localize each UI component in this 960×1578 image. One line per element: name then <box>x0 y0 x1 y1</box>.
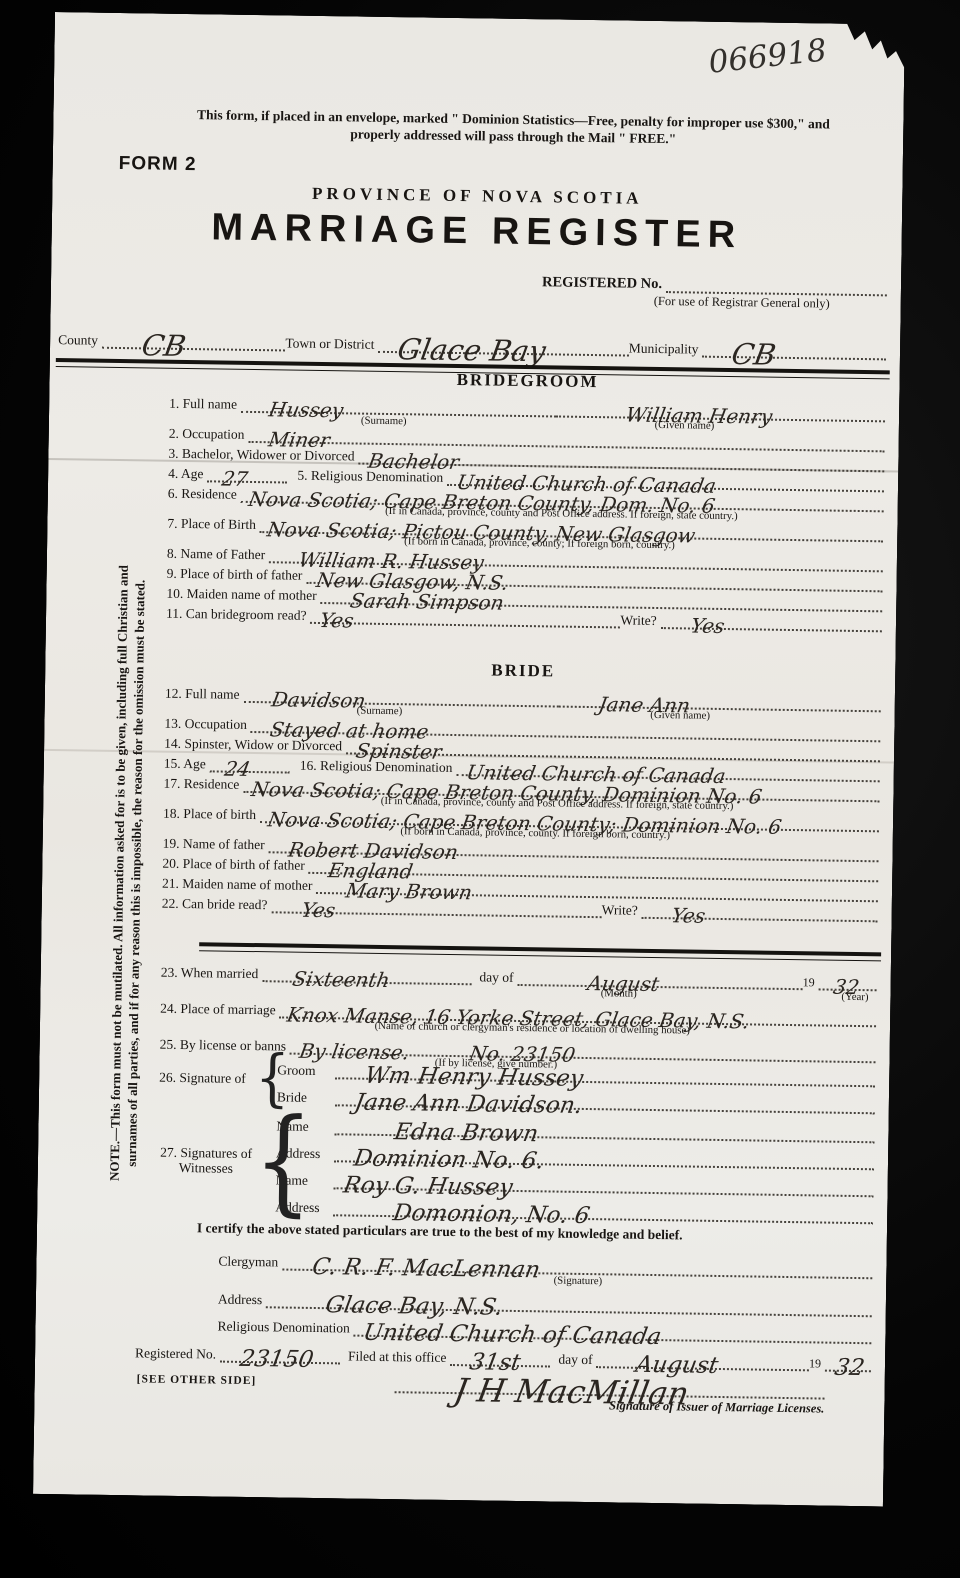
field-label: 7. Place of Birth <box>167 516 260 533</box>
clergyman-label: Clergyman <box>218 1254 282 1271</box>
year-prefix: 19 <box>803 975 819 990</box>
town-line: Glace Bay <box>378 339 628 357</box>
handwritten-groom-signature: Wm Henry Hussey <box>334 1069 584 1085</box>
town-label: Town or District <box>285 335 378 352</box>
write-line: Yes <box>642 905 878 922</box>
handwritten-groom-read: Yes <box>309 614 355 627</box>
religion-line: United Church of Canada <box>447 472 884 492</box>
handwritten-bride-father: Robert Davidson <box>268 843 459 858</box>
field-label: 2. Occupation <box>169 426 249 443</box>
handwritten-witness2-address: Domonion, No. 6 <box>332 1206 590 1222</box>
bride-section: BRIDE 12. Full name Davidson Jane Ann (S… <box>162 656 882 923</box>
handwritten-bride-write: Yes <box>641 909 707 922</box>
mail-notice: This form, if placed in an envelope, mar… <box>163 106 863 150</box>
day-of-label: day of <box>471 969 517 986</box>
registered-no-line: 23150 <box>220 1349 340 1365</box>
year-line: 32 <box>819 976 877 991</box>
age-line: 24 <box>210 758 290 773</box>
surname-sublabel: (Surname) <box>361 415 407 428</box>
page-title: MARRIAGE REGISTER <box>52 204 903 260</box>
county-label: County <box>58 332 102 349</box>
handwritten-bride-religion: United Church of Canada <box>455 766 726 782</box>
see-other-side-note: [SEE OTHER SIDE] <box>137 1373 257 1387</box>
handwritten-groom-occupation: Miner <box>247 433 330 446</box>
handwritten-witness2-name: Roy G. Hussey <box>333 1179 514 1194</box>
registered-no-label: Registered No. <box>135 1345 220 1362</box>
write-label: Write? <box>620 612 660 629</box>
marriage-register-page: 066918 This form, if placed in an envelo… <box>33 12 905 1506</box>
field-label: 4. Age <box>168 466 207 483</box>
religion-line: United Church of Canada <box>456 762 880 782</box>
county-row: County CB Town or District Glace Bay Mun… <box>58 310 886 360</box>
handwritten-groom-father-birth: New Glasgow, N.S. <box>305 574 509 589</box>
given-sublabel: (Given name) <box>650 709 710 722</box>
county-line: CB <box>102 335 286 352</box>
handwritten-groom-religion: United Church of Canada <box>446 476 717 492</box>
handwritten-groom-age: 27 <box>206 472 249 485</box>
handwritten-bride-status: Spinster <box>345 744 443 757</box>
field-label: 1. Full name <box>169 396 241 413</box>
issuer-signature-block: J H MacMillan Signature of Issuer of Mar… <box>394 1357 825 1416</box>
certification-section: I certify the above stated particulars a… <box>155 1220 873 1345</box>
bridegroom-section: BRIDEGROOM 1. Full name Hussey William H… <box>166 366 886 633</box>
handwritten-bride-read: Yes <box>270 903 336 916</box>
handwritten-witness1-address: Dominion No. 6. <box>333 1152 545 1167</box>
given-sublabel: (Given name) <box>655 419 715 432</box>
municipality-label: Municipality <box>629 341 703 358</box>
write-line: Yes <box>661 615 883 632</box>
registered-no-label: REGISTERED No. <box>542 274 666 293</box>
surname-sublabel: (Surname) <box>357 705 403 718</box>
handwritten-groom-write: Yes <box>660 619 726 632</box>
issuer-signature-line: J H MacMillan <box>395 1357 825 1399</box>
field-label: 3. Bachelor, Widower or Divorced <box>168 446 358 465</box>
handwritten-bride-occupation: Stayed at home <box>250 723 430 738</box>
witness2-address-line: Domonion, No. 6 <box>333 1202 873 1224</box>
margin-note: NOTE.—This form must not be mutilated. A… <box>105 553 194 1194</box>
handwritten-bride-mother: Mary Brown <box>315 884 473 898</box>
municipality-line: CB <box>702 344 886 361</box>
handwritten-groom-status: Bachelor <box>357 455 460 468</box>
handwritten-groom-father: William R. Hussey <box>268 553 485 568</box>
signature-sublabel: (Signature) <box>554 1275 603 1288</box>
form-number-label: FORM 2 <box>119 153 197 176</box>
handwritten-doc-number: 066918 <box>706 32 828 80</box>
brace-glyph: { <box>253 1099 277 1224</box>
registered-no-block: REGISTERED No. (For use of Registrar Gen… <box>542 273 887 312</box>
handwritten-town: Glace Bay <box>377 343 546 357</box>
write-label: Write? <box>602 902 642 919</box>
handwritten-county: CB <box>101 339 187 352</box>
handwritten-bride-age: 24 <box>209 762 252 775</box>
month-sublabel: (Month) <box>601 987 637 1000</box>
filed-year-line: 32 <box>825 1358 871 1373</box>
age-line: 27 <box>207 468 287 483</box>
witness-signatures-block: 27. Signatures of Witnesses { Name Edna … <box>157 1106 875 1225</box>
year-sublabel: (Year) <box>841 991 868 1003</box>
handwritten-filed-year: 32 <box>824 1362 865 1375</box>
scanned-document: 066918 This form, if placed in an envelo… <box>0 0 960 1578</box>
handwritten-registered-no: 23150 <box>219 1353 314 1366</box>
handwritten-bride-father-birth: England <box>308 864 414 878</box>
address-label: Address <box>218 1292 266 1309</box>
handwritten-municipality: CB <box>701 348 777 361</box>
